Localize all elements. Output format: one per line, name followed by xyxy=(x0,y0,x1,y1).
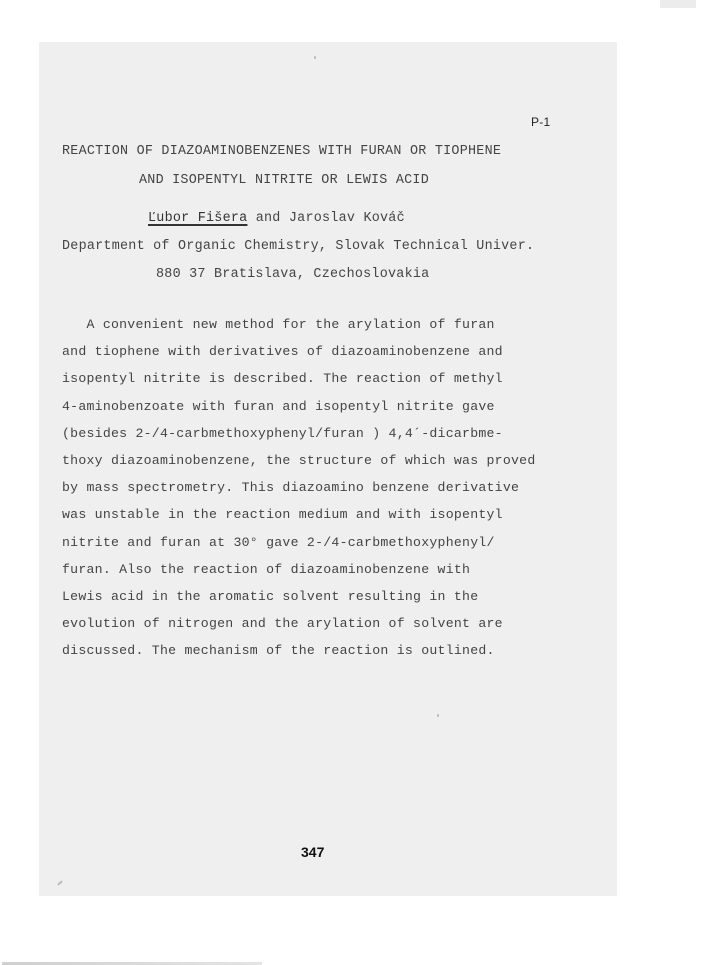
presenting-author: Ľubor Fišera xyxy=(148,211,247,226)
abstract-line: thoxy diazoaminobenzene, the structure o… xyxy=(62,453,536,468)
title-line-1: REACTION OF DIAZOAMINOBENZENES WITH FURA… xyxy=(62,144,501,159)
title-line-2: AND ISOPENTYL NITRITE OR LEWIS ACID xyxy=(139,173,429,188)
scan-speck xyxy=(437,714,439,717)
abstract-line: (besides 2-/4-carbmethoxyphenyl/furan ) … xyxy=(62,426,503,441)
abstract-line: discussed. The mechanism of the reaction… xyxy=(62,643,495,658)
abstract-line: nitrite and furan at 30° gave 2-/4-carbm… xyxy=(62,535,495,550)
page-number: 347 xyxy=(301,844,324,860)
abstract-line: and tiophene with derivatives of diazoam… xyxy=(62,344,503,359)
scan-speck xyxy=(57,880,63,885)
coauthor: Jaroslav Kováč xyxy=(289,211,405,226)
abstract-line: isopentyl nitrite is described. The reac… xyxy=(62,371,503,386)
affiliation-line-1: Department of Organic Chemistry, Slovak … xyxy=(62,239,534,254)
scanned-page: P-1 REACTION OF DIAZOAMINOBENZENES WITH … xyxy=(39,42,617,896)
author-line: Ľubor Fišera and Jaroslav Kováč xyxy=(148,211,405,226)
abstract-line: Lewis acid in the aromatic solvent resul… xyxy=(62,589,478,604)
abstract-line: furan. Also the reaction of diazoaminobe… xyxy=(62,562,470,577)
scan-corner-mark xyxy=(660,0,696,8)
abstract-line: was unstable in the reaction medium and … xyxy=(62,507,503,522)
affiliation-line-2: 880 37 Bratislava, Czechoslovakia xyxy=(156,267,429,282)
paper-code: P-1 xyxy=(531,115,550,129)
scan-speck xyxy=(314,56,316,59)
author-connector: and xyxy=(247,211,288,226)
abstract-line: evolution of nitrogen and the arylation … xyxy=(62,616,503,631)
abstract-line: by mass spectrometry. This diazoamino be… xyxy=(62,480,519,495)
abstract-line: A convenient new method for the arylatio… xyxy=(62,317,495,332)
abstract-line: 4-aminobenzoate with furan and isopentyl… xyxy=(62,399,495,414)
